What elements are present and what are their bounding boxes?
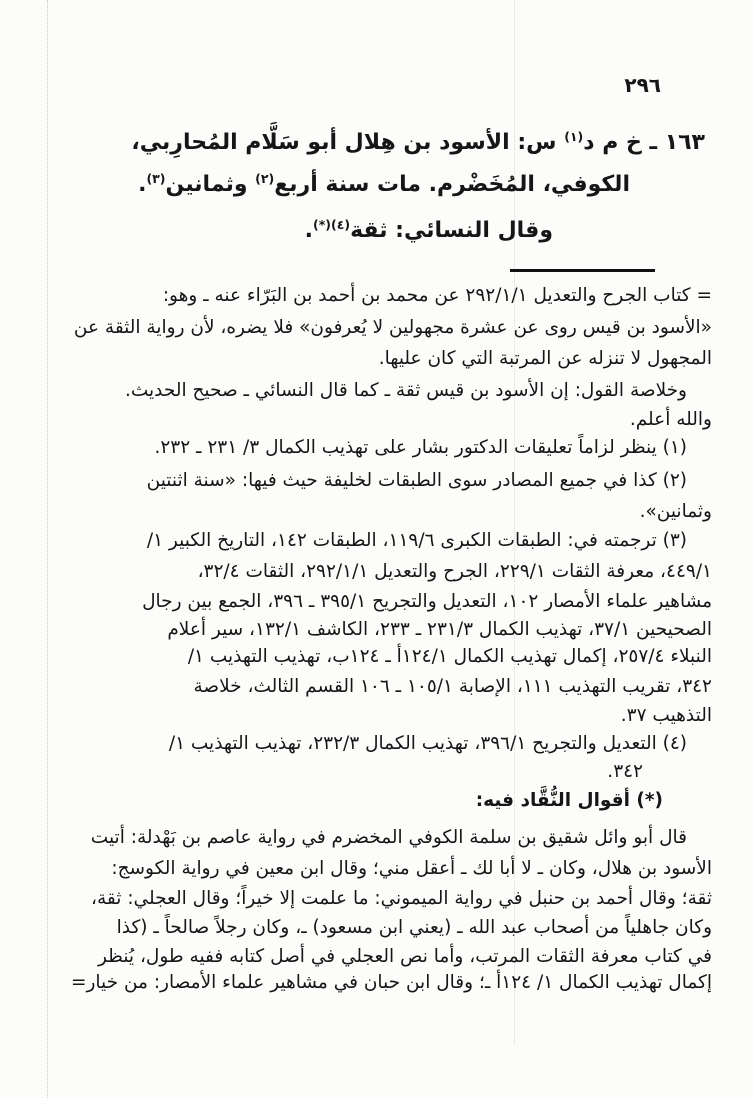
critics-line: ثقة؛ وقال أحمد بن حنبل في رواية الميموني…	[91, 887, 712, 912]
footnote-line: ٣٤٢، تقريب التهذيب ١١١، الإصابة ١٠٥/١ ـ …	[194, 675, 712, 700]
footnote-line: والله أعلم.	[630, 408, 712, 433]
footnote-line: (١) ينظر لزاماً تعليقات الدكتور بشار على…	[154, 436, 687, 461]
scan-artifact-line	[47, 0, 48, 1098]
entry-period-2: .	[305, 218, 313, 243]
entry-nasai-quote-line: وقال النسائي: ثقة(٤)(*).	[305, 216, 553, 246]
entry-name-text: س: الأسود بن هِلال أبو سَلَّام المُحارِب…	[131, 130, 564, 155]
entry-number-and-symbols: ١٦٣ ـ خ م د	[583, 130, 705, 155]
footnote-marker-1-icon: (١)	[564, 129, 583, 144]
footnote-line: وثمانين».	[640, 500, 712, 525]
footnote-line: الصحيحين ٣٧/١، تهذيب الكمال ٢٣١/٣ ـ ٢٣٣،…	[167, 618, 712, 643]
nasai-statement-text: وقال النسائي: ثقة	[350, 218, 553, 243]
footnote-line: مشاهير علماء الأمصار ١٠٢، التعديل والتجر…	[142, 590, 712, 615]
entry-heading-line-1: ١٦٣ ـ خ م د(١) س: الأسود بن هِلال أبو سَ…	[131, 128, 705, 158]
entry-description-text-2: وثمانين	[166, 172, 256, 197]
footnote-line: (٢) كذا في جميع المصادر سوى الطبقات لخلي…	[147, 469, 687, 494]
critics-line: وكان جاهلياً من أصحاب عبد الله ـ (يعني ا…	[117, 916, 712, 941]
footnote-line: النبلاء ٢٥٧/٤، إكمال تهذيب الكمال ١٢٤/١أ…	[188, 645, 712, 670]
footnote-marker-4-star-icon: (٤)(*)	[313, 217, 350, 232]
critics-section-heading: (*) أقوال النُّقَّاد فيه:	[476, 789, 663, 814]
footnote-separator-rule	[510, 269, 655, 272]
footnote-line: (٤) التعديل والتجريح ٣٩٦/١، تهذيب الكمال…	[169, 732, 687, 757]
critics-line: إكمال تهذيب الكمال ١/ ١٢٤أ ـ؛ وقال ابن ح…	[71, 971, 712, 996]
footnote-line: وخلاصة القول: إن الأسود بن قيس ثقة ـ كما…	[125, 379, 687, 404]
critics-line: الأسود بن هلال، وكان ـ لا أبا لك ـ أعقل …	[111, 857, 712, 882]
footnote-line: = كتاب الجرح والتعديل ٢٩٢/١/١ عن محمد بن…	[163, 284, 712, 309]
page-number: ٢٩٦	[624, 72, 661, 99]
critics-line: قال أبو وائل شقيق بن سلمة الكوفي المخضرم…	[91, 826, 687, 851]
footnote-marker-3-icon: (٣)	[146, 171, 165, 186]
scanned-book-page: ٢٩٦ ١٦٣ ـ خ م د(١) س: الأسود بن هِلال أب…	[0, 0, 753, 1098]
entry-description-text: الكوفي، المُخَضْرم. مات سنة أربع	[274, 172, 630, 197]
footnote-line: التذهيب ٣٧.	[621, 704, 712, 729]
footnote-line: المجهول لا تنزله عن المرتبة التي كان علي…	[379, 347, 712, 372]
footnote-marker-2-icon: (٢)	[255, 171, 274, 186]
footnote-line: ٣٤٢.	[607, 760, 643, 785]
entry-heading-line-2: الكوفي، المُخَضْرم. مات سنة أربع(٢) وثما…	[138, 170, 630, 200]
footnote-line: «الأسود بن قيس روى عن عشرة مجهولين لا يُ…	[74, 316, 712, 341]
footnote-line: ٤٤٩/١، معرفة الثقات ٢٢٩/١، الجرح والتعدي…	[198, 560, 712, 585]
critics-line: في كتاب معرفة الثقات المرتب، وأما نص الع…	[98, 945, 712, 970]
footnote-line: (٣) ترجمته في: الطبقات الكبرى ١١٩/٦، الط…	[147, 529, 687, 554]
